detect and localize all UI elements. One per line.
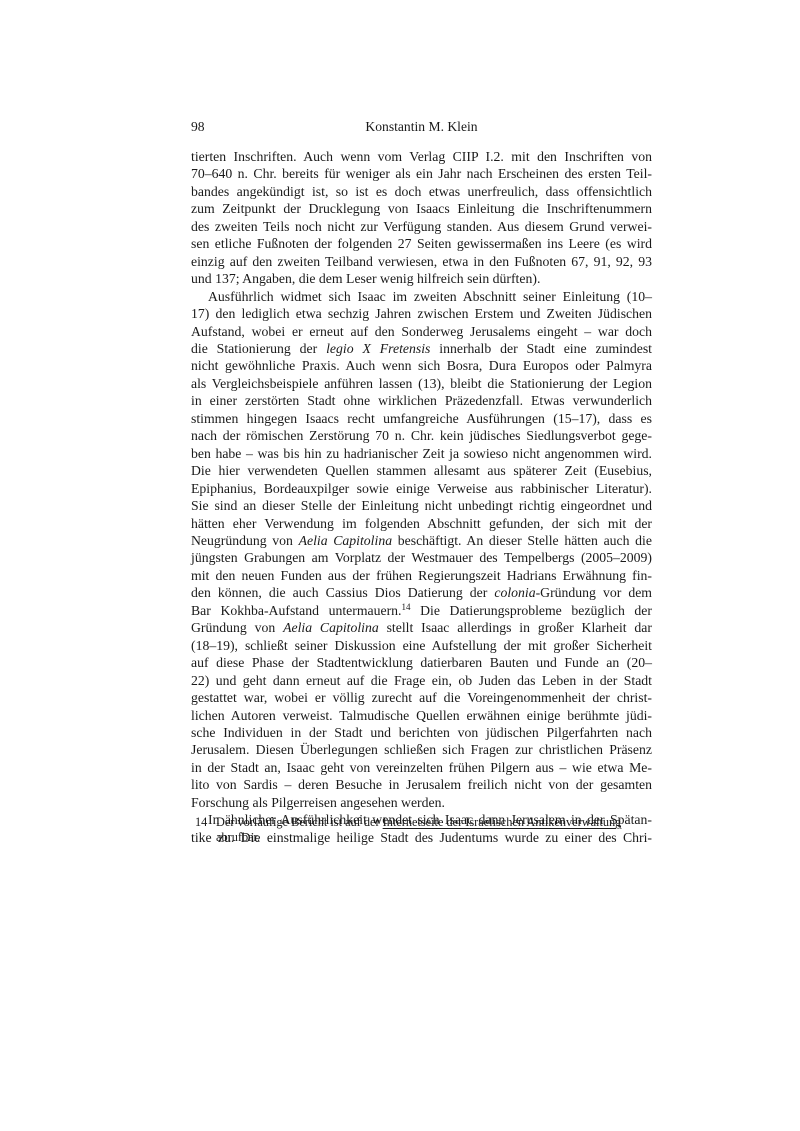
italic-term: legio X Fretensis xyxy=(326,341,430,356)
running-title: Konstantin M. Klein xyxy=(191,119,652,135)
text-line: die Stationierung der legio X Fretensis … xyxy=(191,340,652,357)
footnotes: 14 Der vorläufige Bericht ist auf der In… xyxy=(191,815,652,846)
document-page: 98 Konstantin M. Klein tierten Inschrift… xyxy=(0,0,800,1131)
text-line: des zweiten Teils noch nicht zur Verfügu… xyxy=(191,218,652,235)
text-line: 22) und geht dann erneut auf die Frage e… xyxy=(191,672,652,689)
text-line: Bar Kokhba-Aufstand untermauern.14 Die D… xyxy=(191,602,652,619)
text-line: Forschung als Pilgerreisen angesehen wer… xyxy=(191,794,652,811)
text-line: sen etliche Fußnoten der folgenden 27 Se… xyxy=(191,235,652,252)
footnote-link[interactable]: Internetseite der Israelischen Antikenve… xyxy=(383,815,622,829)
text-line: nicht gewöhnliche Praxis. Auch wenn sich… xyxy=(191,357,652,374)
text-line: Epiphanius, Bordeauxpilger sowie einige … xyxy=(191,480,652,497)
text-line: auf diese Phase der Stadtentwicklung dat… xyxy=(191,654,652,671)
running-head: 98 Konstantin M. Klein xyxy=(191,119,652,137)
text-line: einzig auf den zweiten Teilband verwiese… xyxy=(191,253,652,270)
footnote-marker[interactable]: 14 xyxy=(401,602,410,612)
text-line: stimmen hingegen Isaacs recht umfangreic… xyxy=(191,410,652,427)
text-line: Aufstand, wobei er erneut auf den Sonder… xyxy=(191,323,652,340)
text-line: lichen Autoren verweist. Talmudische Que… xyxy=(191,707,652,724)
text-line: zum Zeitpunkt der Drucklegung von Isaacs… xyxy=(191,200,652,217)
text-line: bandes angekündigt ist, so ist es doch e… xyxy=(191,183,652,200)
text-line: mit den neuen Funden aus der frühen Regi… xyxy=(191,567,652,584)
text-line: Jerusalem. Diesen Überlegungen schließen… xyxy=(191,741,652,758)
body-text: tierten Inschriften. Auch wenn vom Verla… xyxy=(191,148,652,846)
text-line: hätten eher Verwendung im folgenden Absc… xyxy=(191,515,652,532)
text-line: gestattet war, wobei er völlig zurecht a… xyxy=(191,689,652,706)
text-line: den können, die auch Cassius Dios Datier… xyxy=(191,584,652,601)
text-line: Neugründung von Aelia Capitolina beschäf… xyxy=(191,532,652,549)
text-line: Die hier verwendeten Quellen stammen all… xyxy=(191,462,652,479)
text-line: ben habe – was bis hin zu hadrianischer … xyxy=(191,445,652,462)
text-line: Gründung von Aelia Capitolina stellt Isa… xyxy=(191,619,652,636)
text-line: nach der römischen Zerstörung 70 n. Chr.… xyxy=(191,427,652,444)
footnote-number: 14 xyxy=(195,815,207,830)
text-line: jüngsten Grabungen am Vorplatz der Westm… xyxy=(191,549,652,566)
text-line: tierten Inschriften. Auch wenn vom Verla… xyxy=(191,148,652,165)
text-line: in der Stadt an, Isaac geht von vereinze… xyxy=(191,759,652,776)
text-line: Sie sind an dieser Stelle der Einleitung… xyxy=(191,497,652,514)
text-line: lito von Sardis – deren Besuche in Jerus… xyxy=(191,776,652,793)
text-line: 17) den lediglich etwa sechzig Jahren zw… xyxy=(191,305,652,322)
footnote-text-before: Der vorläufige Bericht ist auf der xyxy=(216,815,383,829)
text-line: (18–19), schließt seiner Diskussion eine… xyxy=(191,637,652,654)
text-line: und 137; Angaben, die dem Leser wenig hi… xyxy=(191,270,652,287)
italic-term: Aelia Capitolina xyxy=(283,620,379,635)
footnote-text-after: abrufbar. xyxy=(216,830,260,844)
text-line: in einer zerstörten Stadt ohne wirkliche… xyxy=(191,392,652,409)
italic-term: Aelia Capitolina xyxy=(299,533,393,548)
footnote-14: 14 Der vorläufige Bericht ist auf der In… xyxy=(191,815,652,846)
text-line: Ausführlich widmet sich Isaac im zweiten… xyxy=(191,288,652,305)
text-line: sche Individuen in der Stadt und bericht… xyxy=(191,724,652,741)
text-line: 70–640 n. Chr. bereits für weniger als e… xyxy=(191,165,652,182)
italic-term: colonia xyxy=(494,585,535,600)
text-line: als Vergleichsbeispiele anführen lassen … xyxy=(191,375,652,392)
